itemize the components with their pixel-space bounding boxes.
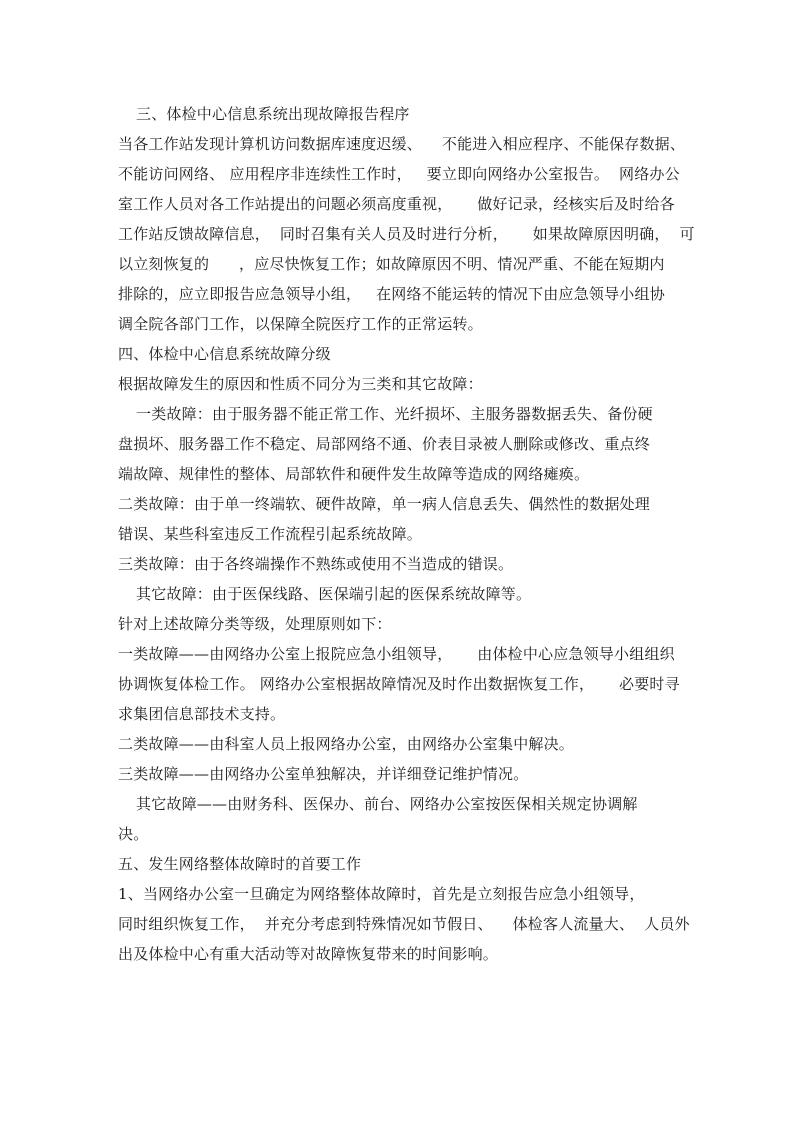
section-heading-4: 四、体检中心信息系统故障分级 bbox=[118, 344, 331, 364]
paragraph-line: 协调恢复体检工作。 网络办公室根据故障情况及时作出数据恢复工作， 必要时寻 bbox=[118, 674, 680, 694]
paragraph-line: 一类故障：由于服务器不能正常工作、光纤损坏、主服务器数据丢失、备份硬 bbox=[136, 404, 653, 424]
paragraph-line: 以立刻恢复的 ，应尽快恢复工作；如故障原因不明、情况严重、不能在短期内 bbox=[118, 254, 665, 274]
paragraph-line: 当各工作站发现计算机访问数据库速度迟缓、 不能进入相应程序、不能保存数据、 bbox=[118, 134, 685, 154]
paragraph-line: 三类故障：由于各终端操作不熟练或使用不当造成的错误。 bbox=[118, 554, 513, 574]
paragraph-line: 根据故障发生的原因和性质不同分为三类和其它故障： bbox=[118, 374, 483, 394]
paragraph-line: 三类故障——由网络办公室单独解决，并详细登记维护情况。 bbox=[118, 764, 528, 784]
section-heading-3: 三、体检中心信息系统出现故障报告程序 bbox=[136, 104, 410, 124]
paragraph-line: 端故障、规律性的整体、局部软件和硬件发生故障等造成的网络瘫痪。 bbox=[118, 464, 589, 484]
paragraph-line: 盘损坏、服务器工作不稳定、局部网络不通、价表目录被人删除或修改、重点终 bbox=[118, 434, 650, 454]
document-page: 三、体检中心信息系统出现故障报告程序 当各工作站发现计算机访问数据库速度迟缓、 … bbox=[0, 0, 792, 1122]
paragraph-line: 同时组织恢复工作， 并充分考虑到特殊情况如节假日、 体检客人流量大、 人员外 bbox=[118, 914, 690, 934]
paragraph-line: 不能访问网络、 应用程序非连续性工作时， 要立即向网络办公室报告。 网络办公 bbox=[118, 164, 680, 184]
paragraph-line: 错误、某些科室违反工作流程引起系统故障。 bbox=[118, 524, 422, 544]
paragraph-line: 1、当网络办公室一旦确定为网络整体故障时，首先是立刻报告应急小组领导， bbox=[118, 884, 645, 904]
paragraph-line: 一类故障——由网络办公室上报院应急小组领导， 由体检中心应急领导小组组织 bbox=[118, 644, 675, 664]
paragraph-line: 出及体检中心有重大活动等对故障恢复带来的时间影响。 bbox=[118, 944, 498, 964]
section-heading-5: 五、发生网络整体故障时的首要工作 bbox=[118, 854, 361, 874]
paragraph-line: 二类故障：由于单一终端软、硬件故障，单一病人信息丢失、偶然性的数据处理 bbox=[118, 494, 650, 514]
paragraph-line: 排除的，应立即报告应急领导小组， 在网络不能运转的情况下由应急领导小组协 bbox=[118, 284, 665, 304]
paragraph-line: 求集团信息部技术支持。 bbox=[118, 704, 285, 724]
paragraph-line: 其它故障——由财务科、医保办、前台、网络办公室按医保相关规定协调解 bbox=[136, 794, 638, 814]
paragraph-line: 室工作人员对各工作站提出的问题必须高度重视， 做好记录，经核实后及时给各 bbox=[118, 194, 675, 214]
paragraph-line: 调全院各部门工作，以保障全院医疗工作的正常运转。 bbox=[118, 314, 483, 334]
paragraph-line: 其它故障：由于医保线路、医保端引起的医保系统故障等。 bbox=[136, 584, 531, 604]
paragraph-line: 工作站反馈故障信息， 同时召集有关人员及时进行分析， 如果故障原因明确， 可 bbox=[118, 224, 695, 244]
paragraph-line: 决。 bbox=[118, 824, 148, 844]
paragraph-line: 针对上述故障分类等级，处理原则如下： bbox=[118, 614, 392, 634]
paragraph-line: 二类故障——由科室人员上报网络办公室，由网络办公室集中解决。 bbox=[118, 734, 574, 754]
